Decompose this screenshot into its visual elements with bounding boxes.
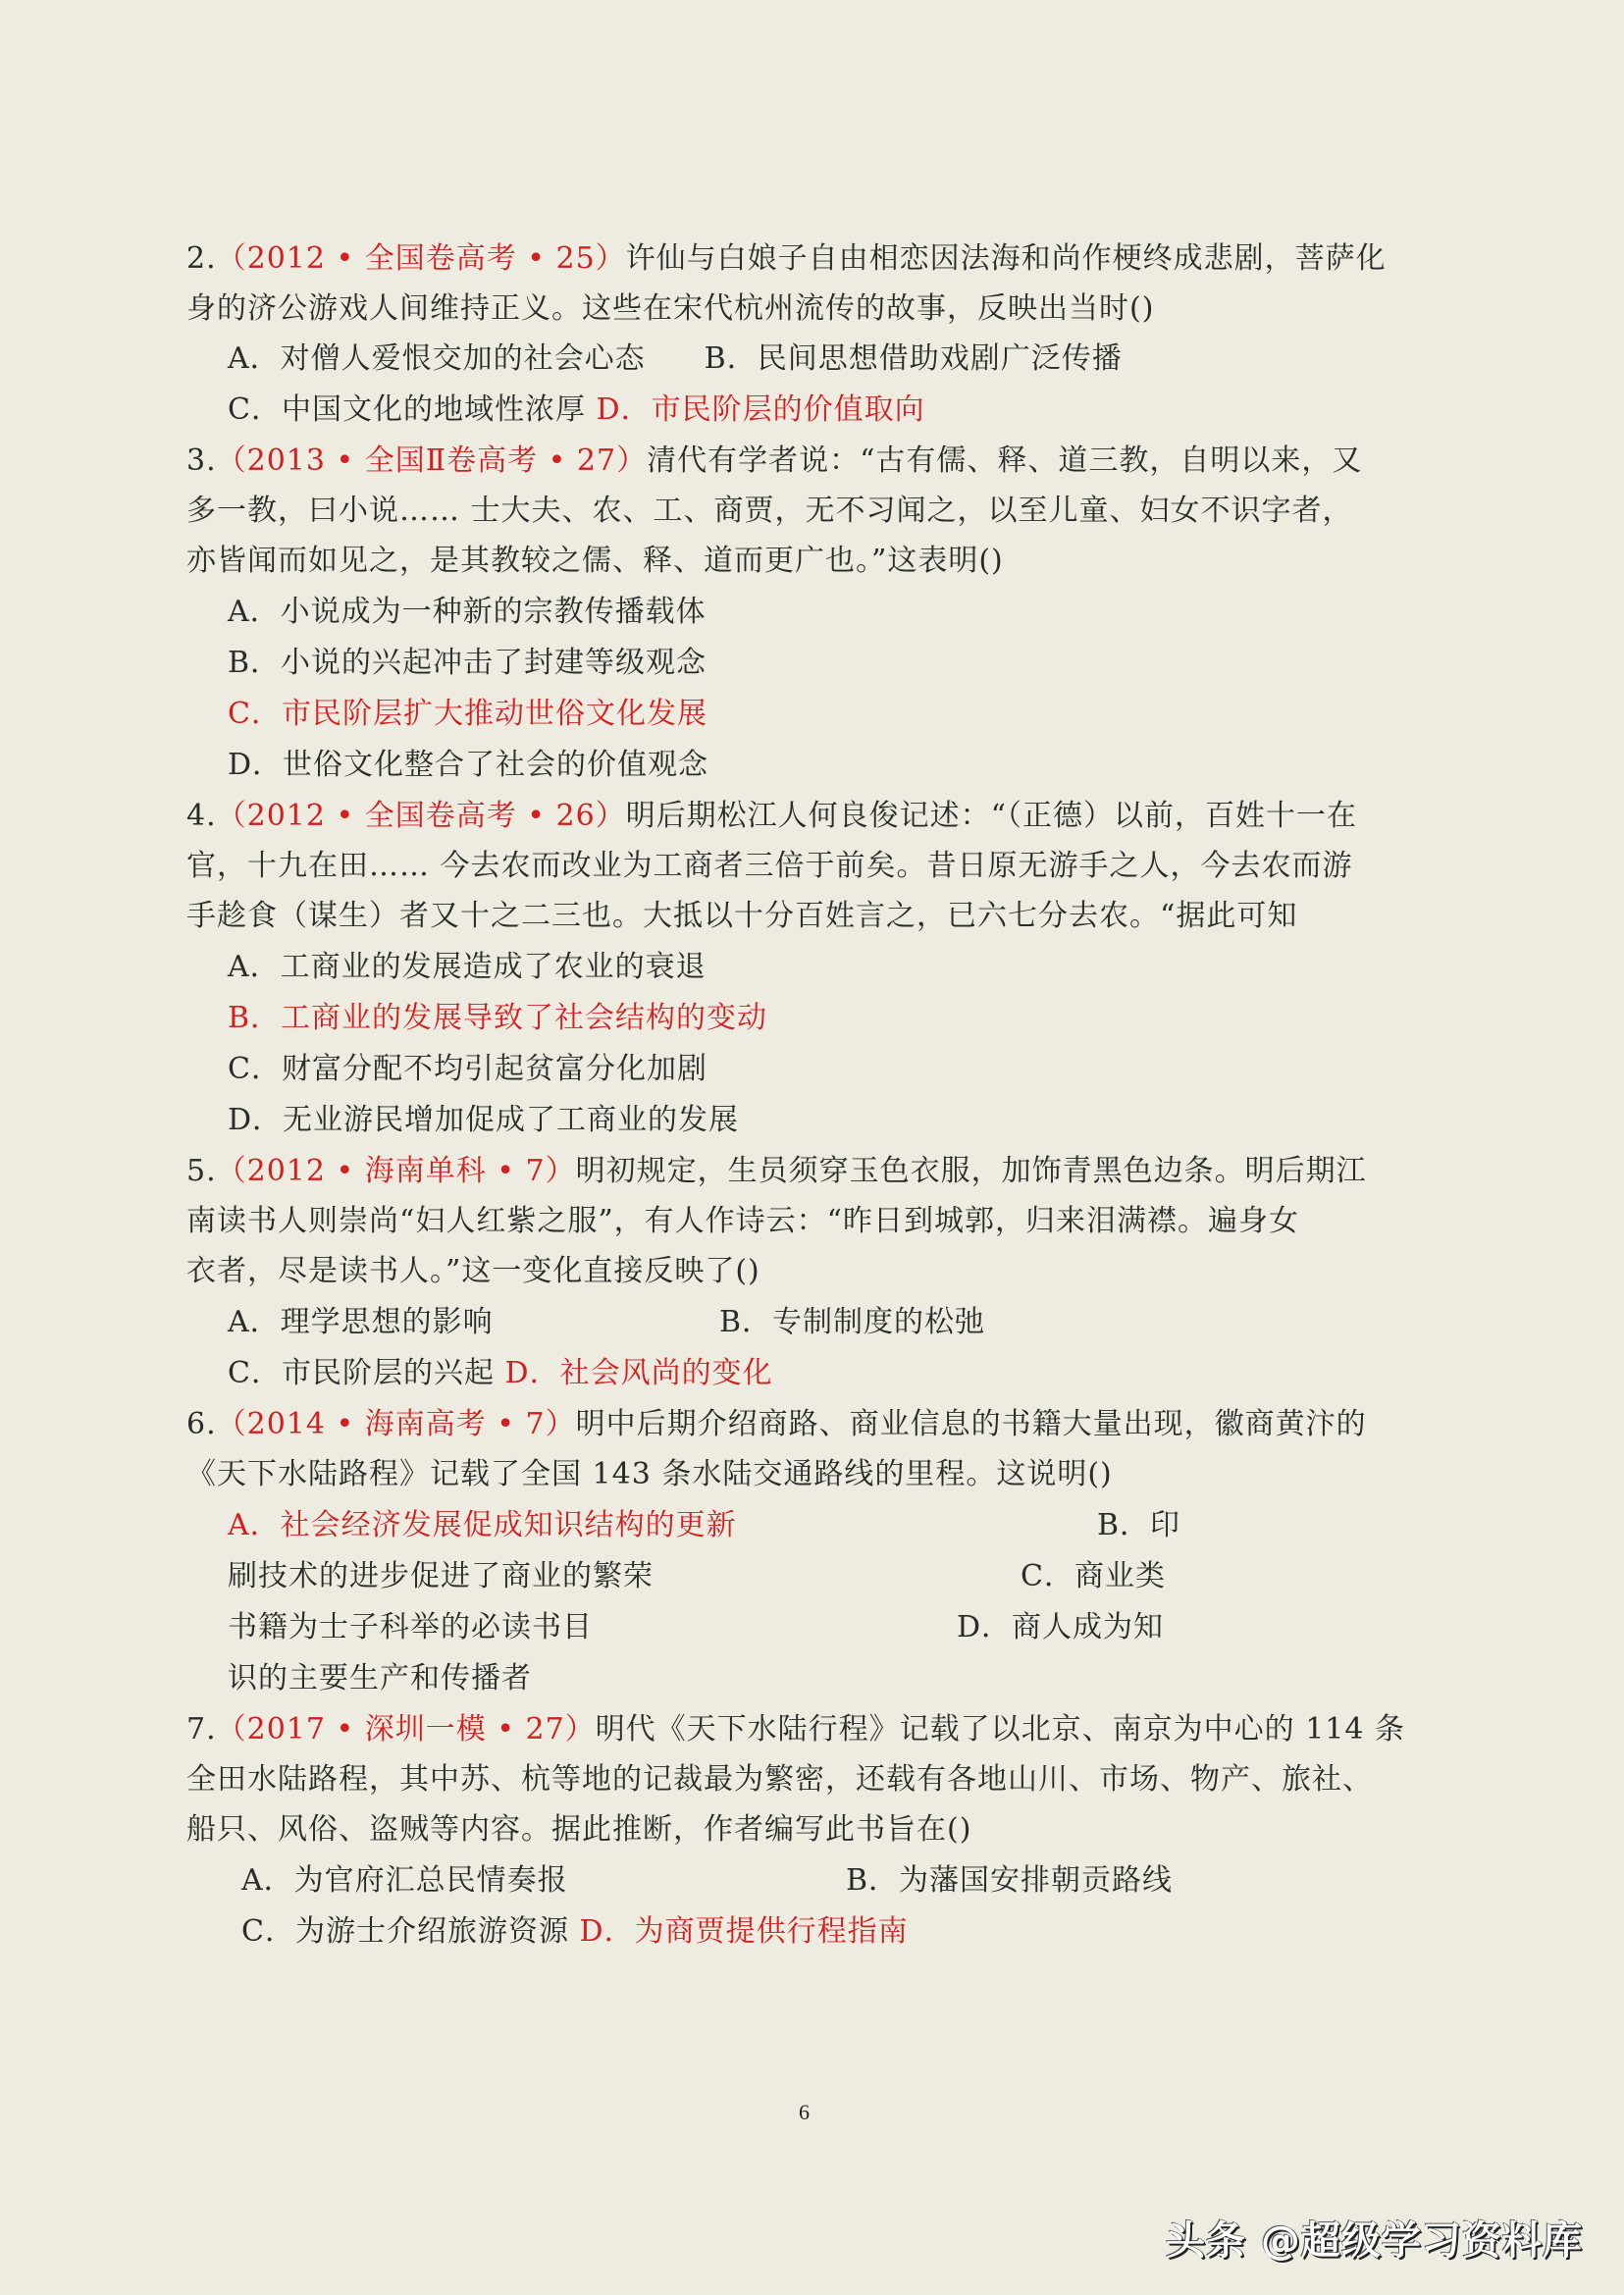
question-stem-text: 明后期松江人何良俊记述：“（正德）以前，百姓十一在 [626, 799, 1357, 833]
question-4-option-d: D．无业游民增加促成了工商业的发展 [228, 1101, 739, 1140]
question-5-stem-line-2: 南读书人则崇尚“妇人红紫之服”，有人作诗云：“昨日到城郭，归来泪满襟。遍身女 [186, 1202, 1299, 1241]
question-3-stem-line-3: 亦皆闻而如见之，是其教较之儒、释、道而更广也。”这表明() [186, 542, 1004, 581]
question-stem-text: 许仙与白娘子自由相恋因法海和尚作梗终成悲剧，菩萨化 [626, 241, 1387, 276]
question-7-stem-line-1: 7.（2017 • 深圳一模 • 27）明代《天下水陆行程》记载了以北京、南京为… [186, 1710, 1405, 1749]
question-5-option-a: A．理学思想的影响 [228, 1303, 494, 1342]
option-c: C．市民阶层的兴起 [228, 1356, 495, 1390]
question-6-stem-line-2: 《天下水陆路程》记载了全国 143 条水陆交通路线的里程。这说明() [186, 1455, 1113, 1494]
option-a: A．对僧人爱恨交加的社会心态 [228, 341, 646, 376]
watermark: 头条 @超级学习资料库 [1166, 2210, 1583, 2266]
question-4-option-c: C．财富分配不均引起贫富分化加剧 [228, 1050, 707, 1089]
question-4-stem-line-3: 手趁食（谋生）者又十之二三也。大抵以十分百姓言之，已六七分去农。“据此可知 [186, 897, 1297, 936]
question-source: （2013 • 全国Ⅱ卷高考 • 27） [217, 443, 647, 478]
question-7-option-b: B．为藩国安排朝贡路线 [846, 1861, 1173, 1901]
page-number: 6 [799, 2100, 810, 2125]
question-3-stem-line-1: 3.（2013 • 全国Ⅱ卷高考 • 27）清代有学者说：“古有儒、释、道三教，… [186, 442, 1362, 481]
question-2-stem-line-2: 身的济公游戏人间维持正义。这些在宋代杭州流传的故事，反映出当时() [186, 289, 1154, 329]
question-4-stem-line-2: 官，十九在田…… 今去农而改业为工商者三倍于前矣。昔日原无游手之人，今去农而游 [186, 847, 1353, 886]
question-5-option-b: B．专制制度的松弛 [719, 1303, 985, 1342]
question-7-option-a: A．为官府汇总民情奏报 [241, 1861, 568, 1901]
question-number: 4. [186, 799, 217, 833]
option-d-correct: D．市民阶层的价值取向 [597, 392, 925, 427]
question-source: （2012 • 全国卷高考 • 26） [217, 799, 626, 833]
question-6-option-d-start: D．商人成为知 [957, 1608, 1164, 1647]
question-3-option-c-correct: C．市民阶层扩大推动世俗文化发展 [228, 695, 707, 734]
question-6-option-b-start: B．印 [1097, 1506, 1180, 1545]
option-c: C．为游士介绍旅游资源 [241, 1914, 569, 1949]
question-source: （2012 • 全国卷高考 • 25） [217, 241, 626, 276]
question-6-option-b-cont: 刷技术的进步促进了商业的繁荣 [228, 1557, 654, 1596]
question-number: 7. [186, 1712, 217, 1747]
option-b: B．民间思想借助戏剧广泛传播 [705, 341, 1123, 376]
question-5-option-row-2: C．市民阶层的兴起 D．社会风尚的变化 [228, 1354, 773, 1393]
question-source: （2017 • 深圳一模 • 27） [217, 1712, 596, 1747]
question-source: （2012 • 海南单科 • 7） [217, 1154, 576, 1188]
document-page: 2.（2012 • 全国卷高考 • 25）许仙与白娘子自由相恋因法海和尚作梗终成… [0, 0, 1624, 2295]
option-c: C．中国文化的地域性浓厚 [228, 392, 586, 427]
question-5-stem-line-1: 5.（2012 • 海南单科 • 7）明初规定，生员须穿玉色衣服，加饰青黑色边条… [186, 1152, 1367, 1191]
question-6-option-a-correct: A．社会经济发展促成知识结构的更新 [228, 1506, 737, 1545]
question-7-option-row-2: C．为游士介绍旅游资源 D．为商贾提供行程指南 [241, 1912, 909, 1952]
question-stem-text: 明中后期介绍商路、商业信息的书籍大量出现，徽商黄汴的 [576, 1407, 1367, 1441]
option-d-correct: D．社会风尚的变化 [505, 1356, 773, 1390]
question-4-option-b-correct: B．工商业的发展导致了社会结构的变动 [228, 999, 767, 1038]
question-number: 3. [186, 443, 217, 478]
question-stem-text: 清代有学者说：“古有儒、释、道三教，自明以来，又 [647, 443, 1362, 478]
question-3-option-a: A．小说成为一种新的宗教传播载体 [228, 593, 707, 632]
question-stem-text: 明初规定，生员须穿玉色衣服，加饰青黑色边条。明后期江 [576, 1154, 1367, 1188]
question-number: 5. [186, 1154, 217, 1188]
question-4-stem-line-1: 4.（2012 • 全国卷高考 • 26）明后期松江人何良俊记述：“（正德）以前… [186, 797, 1357, 836]
question-2-option-row-1: A．对僧人爱恨交加的社会心态B．民间思想借助戏剧广泛传播 [228, 339, 1123, 379]
question-7-stem-line-2: 全田水陆路程，其中苏、杭等地的记裁最为繁密，还载有各地山川、市场、物产、旅社、 [186, 1760, 1373, 1799]
question-2-option-row-2: C．中国文化的地域性浓厚 D．市民阶层的价值取向 [228, 391, 925, 430]
question-source: （2014 • 海南高考 • 7） [217, 1407, 576, 1441]
question-5-stem-line-3: 衣者，尽是读书人。”这一变化直接反映了() [186, 1252, 760, 1291]
question-6-option-c-start: C．商业类 [1021, 1557, 1166, 1596]
question-3-stem-line-2: 多一教，曰小说…… 士大夫、农、工、商贾，无不习闻之，以至儿童、妇女不识字者， [186, 492, 1353, 531]
question-3-option-d: D．世俗文化整合了社会的价值观念 [228, 746, 708, 785]
question-number: 2. [186, 241, 217, 276]
question-3-option-b: B．小说的兴起冲击了封建等级观念 [228, 644, 707, 683]
question-6-option-d-cont: 识的主要生产和传播者 [228, 1659, 532, 1698]
question-6-option-c-cont: 书籍为士子科举的必读书目 [228, 1608, 593, 1647]
option-d-correct: D．为商贾提供行程指南 [580, 1914, 909, 1949]
question-stem-text: 明代《天下水陆行程》记载了以北京、南京为中心的 114 条 [596, 1712, 1405, 1747]
question-6-stem-line-1: 6.（2014 • 海南高考 • 7）明中后期介绍商路、商业信息的书籍大量出现，… [186, 1405, 1367, 1444]
question-number: 6. [186, 1407, 217, 1441]
question-7-stem-line-3: 船只、风俗、盗贼等内容。据此推断，作者编写此书旨在() [186, 1810, 971, 1850]
question-2-stem-line-1: 2.（2012 • 全国卷高考 • 25）许仙与白娘子自由相恋因法海和尚作梗终成… [186, 239, 1387, 279]
question-4-option-a: A．工商业的发展造成了农业的衰退 [228, 948, 707, 987]
